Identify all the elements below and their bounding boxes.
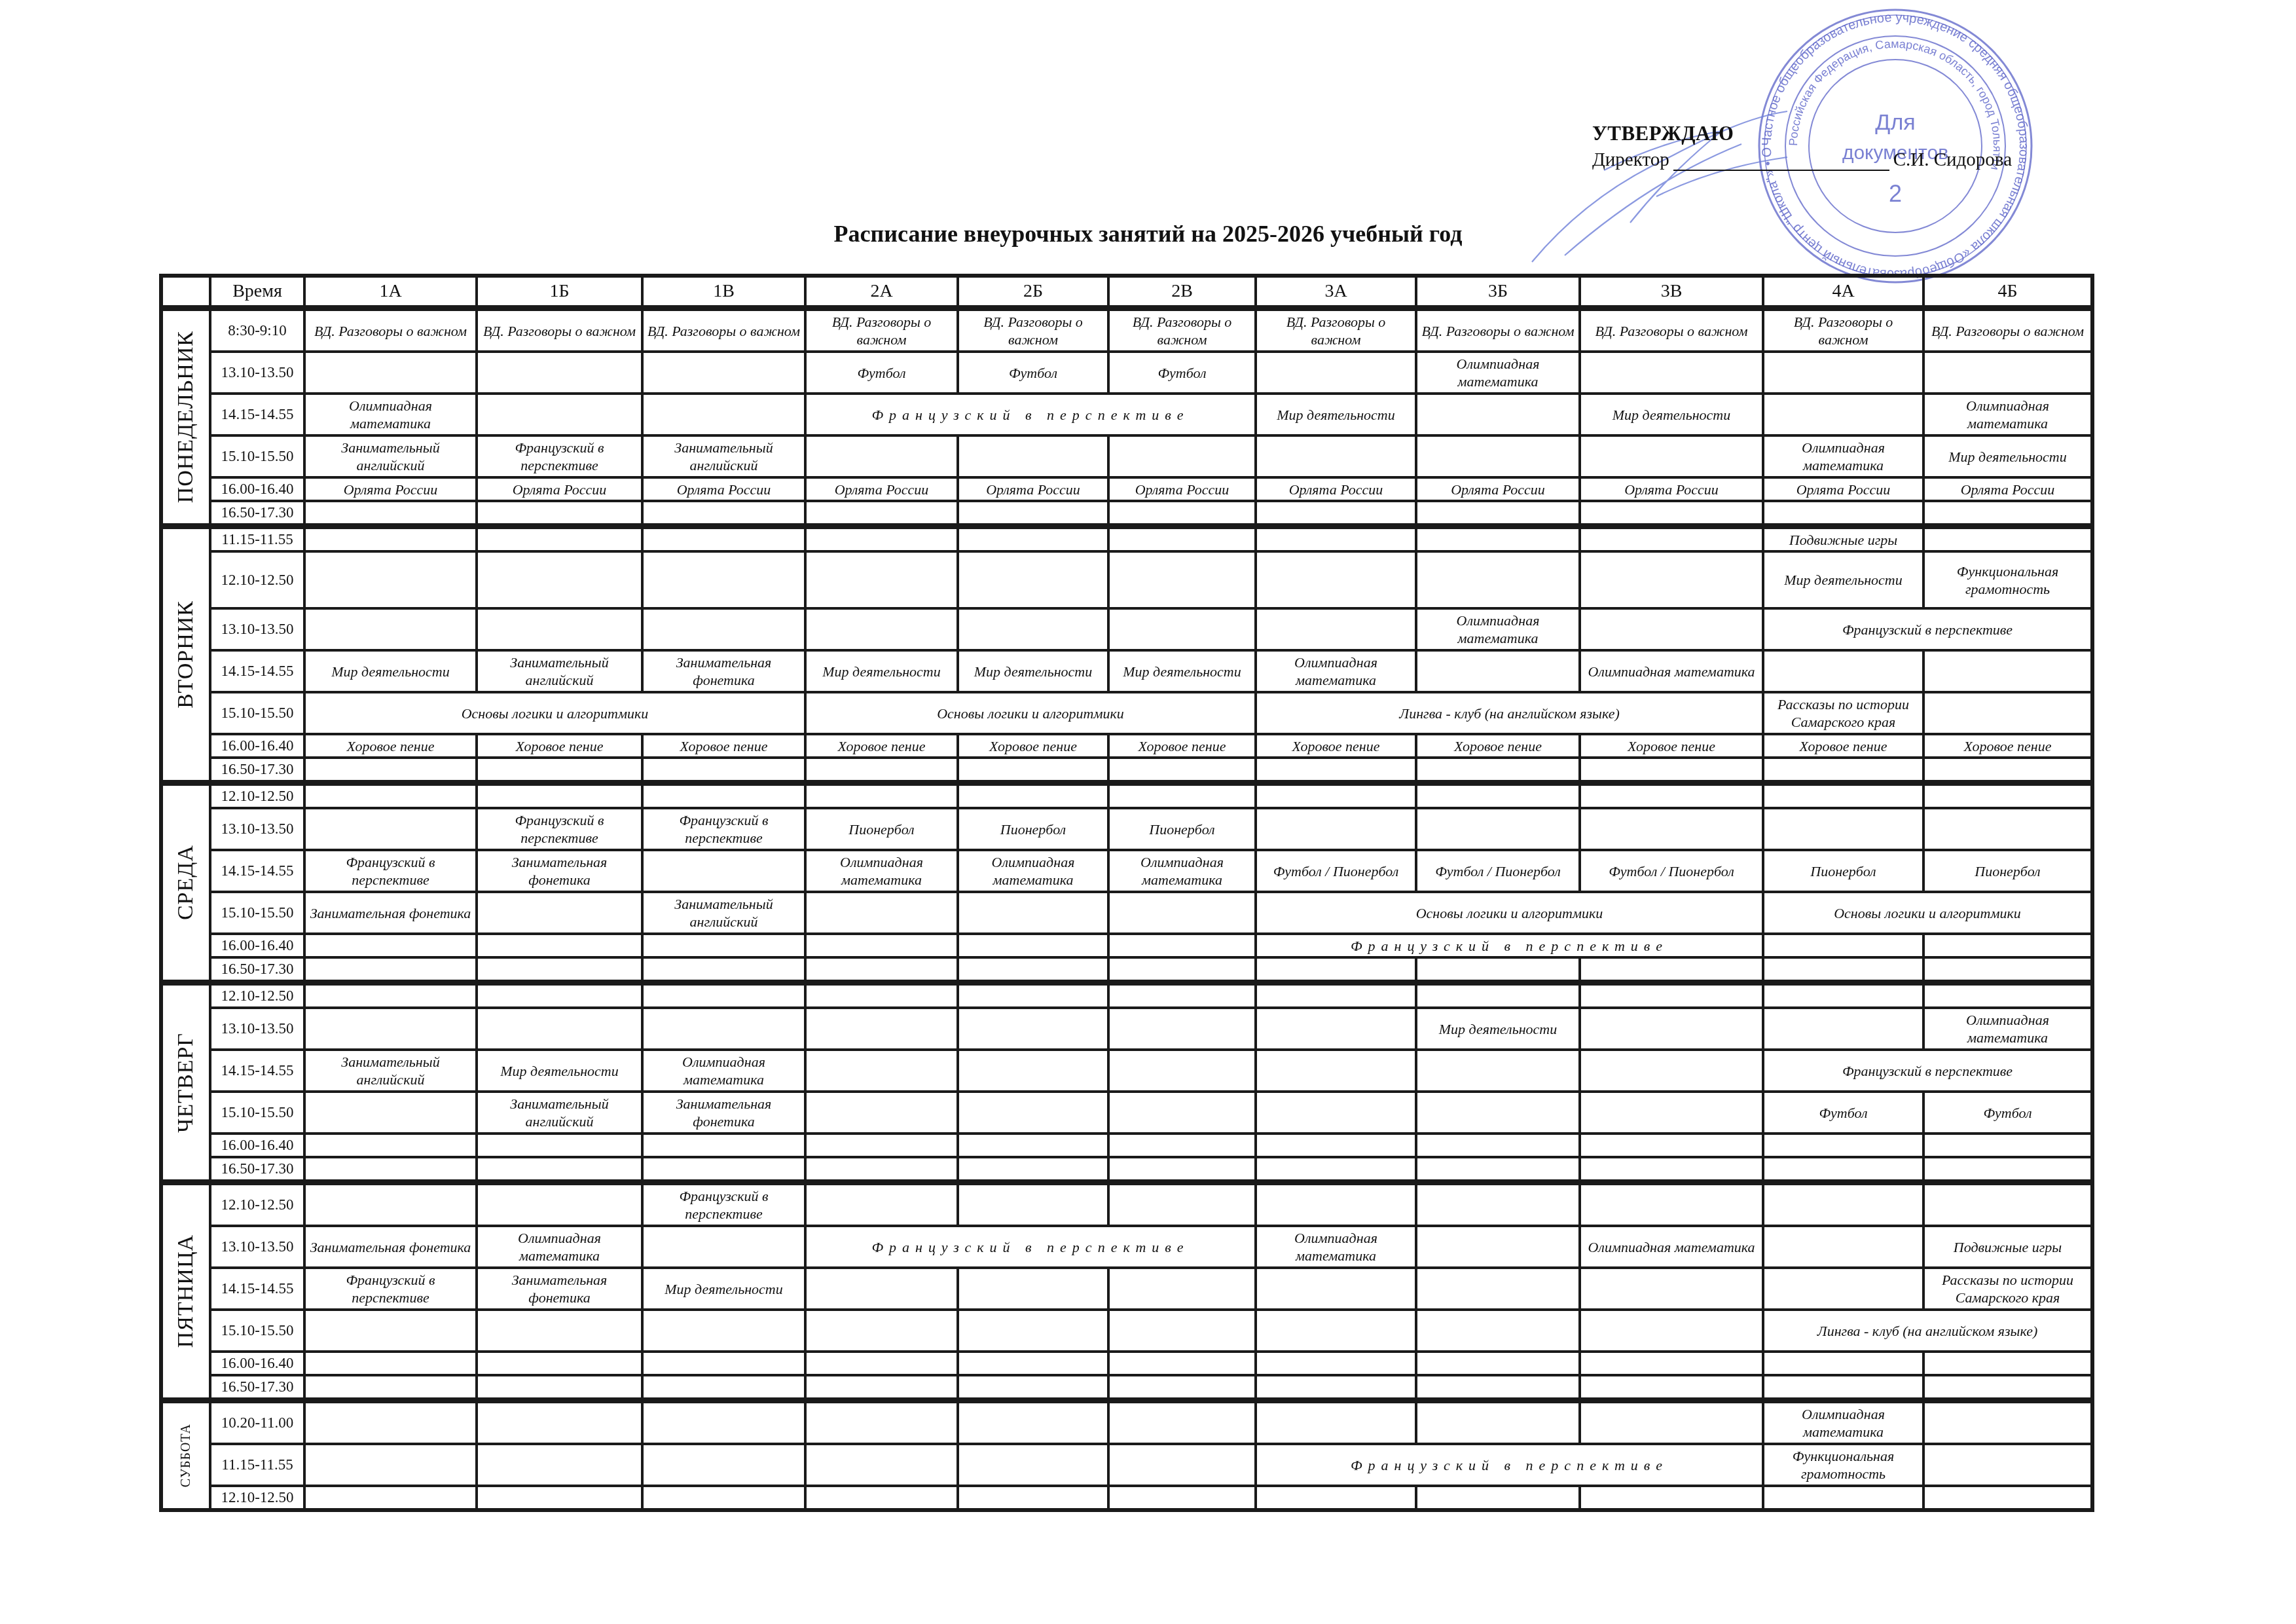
activity-cell: Подвижные игры xyxy=(1923,1226,2092,1268)
activity-cell: ВД. Разговоры о важном xyxy=(1416,308,1580,352)
empty-cell xyxy=(805,957,958,983)
empty-cell xyxy=(1256,1157,1416,1183)
schedule-row: 16.50-17.30 xyxy=(161,758,2092,783)
empty-cell xyxy=(1923,934,2092,957)
activity-cell: Мир деятельности xyxy=(958,650,1108,692)
activity-cell: Французский в перспективе xyxy=(805,1226,1256,1268)
empty-cell xyxy=(805,783,958,809)
time-slot: 8:30-9:10 xyxy=(210,308,304,352)
empty-cell xyxy=(805,1050,958,1092)
empty-cell xyxy=(477,934,642,957)
empty-cell xyxy=(958,1050,1108,1092)
activity-cell: Мир деятельности xyxy=(642,1268,805,1310)
empty-cell xyxy=(1580,501,1763,526)
empty-cell xyxy=(477,1486,642,1510)
empty-cell xyxy=(1923,1444,2092,1486)
empty-cell xyxy=(1923,692,2092,734)
empty-cell xyxy=(1416,1134,1580,1157)
activity-cell: Орлята России xyxy=(642,477,805,501)
empty-cell xyxy=(1763,1352,1923,1375)
empty-cell xyxy=(1256,435,1416,477)
time-slot: 13.10-13.50 xyxy=(210,352,304,394)
empty-cell xyxy=(477,1183,642,1227)
empty-cell xyxy=(1580,435,1763,477)
activity-cell: Пионербол xyxy=(1923,850,2092,892)
activity-cell: Орлята России xyxy=(1256,477,1416,501)
empty-cell xyxy=(1108,1008,1256,1050)
empty-cell xyxy=(477,758,642,783)
time-slot: 10.20-11.00 xyxy=(210,1401,304,1445)
activity-cell: Орлята России xyxy=(805,477,958,501)
day-name: ВТОРНИК xyxy=(173,600,198,709)
empty-cell xyxy=(642,983,805,1008)
activity-cell: Олимпиадная математика xyxy=(1923,394,2092,435)
empty-cell xyxy=(642,934,805,957)
activity-cell: Орлята России xyxy=(958,477,1108,501)
class-header: 2Б xyxy=(958,276,1108,308)
time-slot: 15.10-15.50 xyxy=(210,892,304,934)
time-slot: 16.50-17.30 xyxy=(210,501,304,526)
activity-cell: Занимательный английский xyxy=(304,435,477,477)
empty-cell xyxy=(477,1352,642,1375)
schedule-row: 16.50-17.30 xyxy=(161,1157,2092,1183)
empty-cell xyxy=(1580,352,1763,394)
empty-cell xyxy=(1580,783,1763,809)
empty-cell xyxy=(642,1157,805,1183)
empty-cell xyxy=(1256,1352,1416,1375)
empty-cell xyxy=(1256,808,1416,850)
empty-cell xyxy=(805,1375,958,1401)
class-header: 1А xyxy=(304,276,477,308)
empty-cell xyxy=(1763,1226,1923,1268)
schedule-row: 16.50-17.30 xyxy=(161,501,2092,526)
schedule-row: 12.10-12.50 xyxy=(161,1486,2092,1510)
activity-cell: Олимпиадная математика xyxy=(1763,435,1923,477)
empty-cell xyxy=(958,1401,1108,1445)
empty-cell xyxy=(477,501,642,526)
time-slot: 16.50-17.30 xyxy=(210,758,304,783)
class-header: 4А xyxy=(1763,276,1923,308)
empty-cell xyxy=(642,1352,805,1375)
schedule-row: 16.00-16.40Хоровое пениеХоровое пениеХор… xyxy=(161,734,2092,758)
empty-cell xyxy=(1416,1352,1580,1375)
empty-cell xyxy=(1108,758,1256,783)
activity-cell: Лингва - клуб (на английском языке) xyxy=(1763,1310,2092,1352)
schedule-row: 12.10-12.50Мир деятельностиФункциональна… xyxy=(161,551,2092,608)
empty-cell xyxy=(958,1310,1108,1352)
class-header: 3Б xyxy=(1416,276,1580,308)
empty-cell xyxy=(1256,1092,1416,1134)
activity-cell: Основы логики и алгоритмики xyxy=(304,692,805,734)
activity-cell: Мир деятельности xyxy=(1416,1008,1580,1050)
empty-cell xyxy=(304,526,477,552)
empty-cell xyxy=(1256,1183,1416,1227)
schedule-row: СУББОТА10.20-11.00Олимпиадная математика xyxy=(161,1401,2092,1445)
schedule-row: 13.10-13.50Олимпиадная математикаФранцуз… xyxy=(161,608,2092,650)
empty-cell xyxy=(642,783,805,809)
empty-cell xyxy=(805,758,958,783)
empty-cell xyxy=(642,1486,805,1510)
empty-cell xyxy=(1256,983,1416,1008)
activity-cell: Хоровое пение xyxy=(1256,734,1416,758)
empty-cell xyxy=(1763,394,1923,435)
empty-cell xyxy=(1923,650,2092,692)
class-header: 2А xyxy=(805,276,958,308)
activity-cell: Пионербол xyxy=(1108,808,1256,850)
schedule-row: 16.00-16.40Французский в перспективе xyxy=(161,934,2092,957)
empty-cell xyxy=(642,957,805,983)
approval-position: Директор xyxy=(1592,149,1669,170)
empty-cell xyxy=(1923,783,2092,809)
empty-cell xyxy=(1108,1375,1256,1401)
empty-cell xyxy=(642,526,805,552)
empty-cell xyxy=(1923,1134,2092,1157)
empty-cell xyxy=(805,608,958,650)
activity-cell: Французский в перспективе xyxy=(304,1268,477,1310)
empty-cell xyxy=(477,551,642,608)
empty-cell xyxy=(958,1352,1108,1375)
schedule-row: 15.10-15.50Основы логики и алгоритмикиОс… xyxy=(161,692,2092,734)
activity-cell: Мир деятельности xyxy=(1923,435,2092,477)
activity-cell: Основы логики и алгоритмики xyxy=(1763,892,2092,934)
activity-cell: Мир деятельности xyxy=(1580,394,1763,435)
day-label-cell: СУББОТА xyxy=(161,1401,210,1511)
day-name: СРЕДА xyxy=(173,845,198,920)
time-slot: 14.15-14.55 xyxy=(210,1050,304,1092)
empty-cell xyxy=(642,394,805,435)
empty-cell xyxy=(642,1310,805,1352)
approval-signature-line: ДиректорС.И. Сидорова xyxy=(1592,149,2012,171)
time-slot: 11.15-11.55 xyxy=(210,1444,304,1486)
activity-cell: Пионербол xyxy=(1763,850,1923,892)
approval-title: УТВЕРЖДАЮ xyxy=(1592,122,2012,145)
schedule-row: 15.10-15.50Занимательный английскийФранц… xyxy=(161,435,2092,477)
empty-cell xyxy=(642,850,805,892)
activity-cell: Олимпиадная математика xyxy=(958,850,1108,892)
activity-cell: Олимпиадная математика xyxy=(805,850,958,892)
empty-cell xyxy=(958,608,1108,650)
empty-cell xyxy=(1580,1375,1763,1401)
empty-cell xyxy=(1108,1310,1256,1352)
schedule-table: Время 1А1Б1В2А2Б2В3А3Б3В4А4Б ПОНЕДЕЛЬНИК… xyxy=(159,274,2094,1512)
empty-cell xyxy=(1580,983,1763,1008)
schedule-row: ПОНЕДЕЛЬНИК8:30-9:10ВД. Разговоры о важн… xyxy=(161,308,2092,352)
empty-cell xyxy=(477,1157,642,1183)
time-slot: 14.15-14.55 xyxy=(210,394,304,435)
empty-cell xyxy=(642,608,805,650)
time-slot: 14.15-14.55 xyxy=(210,650,304,692)
empty-cell xyxy=(958,1008,1108,1050)
empty-cell xyxy=(958,551,1108,608)
schedule-row: 16.00-16.40Орлята РоссииОрлята РоссииОрл… xyxy=(161,477,2092,501)
activity-cell: Орлята России xyxy=(1416,477,1580,501)
empty-cell xyxy=(642,1226,805,1268)
empty-cell xyxy=(1256,1310,1416,1352)
empty-cell xyxy=(958,526,1108,552)
approval-name: С.И. Сидорова xyxy=(1893,149,2012,170)
empty-cell xyxy=(1108,501,1256,526)
activity-cell: Футбол / Пионербол xyxy=(1256,850,1416,892)
empty-cell xyxy=(1416,1375,1580,1401)
empty-cell xyxy=(642,352,805,394)
empty-cell xyxy=(1580,808,1763,850)
activity-cell: Мир деятельности xyxy=(1763,551,1923,608)
empty-cell xyxy=(1416,1183,1580,1227)
empty-cell xyxy=(304,1157,477,1183)
empty-cell xyxy=(1763,934,1923,957)
activity-cell: Хоровое пение xyxy=(1416,734,1580,758)
empty-cell xyxy=(1763,1268,1923,1310)
empty-cell xyxy=(958,957,1108,983)
day-label-cell: СРЕДА xyxy=(161,783,210,983)
activity-cell: Занимательный английский xyxy=(642,892,805,934)
day-name: СУББОТА xyxy=(179,1424,194,1487)
schedule-row: 14.15-14.55Занимательный английскийМир д… xyxy=(161,1050,2092,1092)
time-slot: 16.50-17.30 xyxy=(210,957,304,983)
empty-cell xyxy=(1256,1134,1416,1157)
activity-cell: Олимпиадная математика xyxy=(1923,1008,2092,1050)
empty-cell xyxy=(1416,1092,1580,1134)
time-slot: 16.00-16.40 xyxy=(210,1134,304,1157)
activity-cell: Олимпиадная математика xyxy=(1580,1226,1763,1268)
empty-cell xyxy=(1763,758,1923,783)
empty-cell xyxy=(1580,1157,1763,1183)
activity-cell: Занимательная фонетика xyxy=(642,1092,805,1134)
empty-cell xyxy=(1580,758,1763,783)
day-name: ЧЕТВЕРГ xyxy=(173,1033,198,1133)
empty-cell xyxy=(1923,1183,2092,1227)
time-slot: 16.00-16.40 xyxy=(210,477,304,501)
empty-cell xyxy=(1256,352,1416,394)
empty-cell xyxy=(1580,1268,1763,1310)
empty-cell xyxy=(958,1375,1108,1401)
empty-cell xyxy=(477,1444,642,1486)
activity-cell: Занимательная фонетика xyxy=(477,850,642,892)
activity-cell: Хоровое пение xyxy=(304,734,477,758)
schedule-row: ВТОРНИК11.15-11.55Подвижные игры xyxy=(161,526,2092,552)
empty-cell xyxy=(958,783,1108,809)
empty-cell xyxy=(1416,501,1580,526)
activity-cell: Занимательный английский xyxy=(477,1092,642,1134)
empty-cell xyxy=(304,608,477,650)
empty-cell xyxy=(1108,435,1256,477)
schedule-row: 13.10-13.50Французский в перспективеФран… xyxy=(161,808,2092,850)
activity-cell: ВД. Разговоры о важном xyxy=(1256,308,1416,352)
activity-cell: Олимпиадная математика xyxy=(1416,352,1580,394)
empty-cell xyxy=(642,1008,805,1050)
empty-cell xyxy=(304,1486,477,1510)
empty-cell xyxy=(1416,808,1580,850)
time-slot: 12.10-12.50 xyxy=(210,1486,304,1510)
time-slot: 16.50-17.30 xyxy=(210,1375,304,1401)
activity-cell: ВД. Разговоры о важном xyxy=(1580,308,1763,352)
empty-cell xyxy=(1923,352,2092,394)
day-label-cell: ВТОРНИК xyxy=(161,526,210,783)
empty-cell xyxy=(1763,957,1923,983)
activity-cell: Футбол xyxy=(958,352,1108,394)
empty-cell xyxy=(642,551,805,608)
empty-cell xyxy=(1763,352,1923,394)
empty-cell xyxy=(1256,608,1416,650)
empty-cell xyxy=(1108,934,1256,957)
empty-cell xyxy=(1580,1092,1763,1134)
empty-cell xyxy=(1256,1401,1416,1445)
activity-cell: Французский в перспективе xyxy=(1256,934,1763,957)
schedule-row: СРЕДА12.10-12.50 xyxy=(161,783,2092,809)
time-slot: 16.50-17.30 xyxy=(210,1157,304,1183)
activity-cell: Французский в перспективе xyxy=(304,850,477,892)
empty-cell xyxy=(958,501,1108,526)
class-header: 2В xyxy=(1108,276,1256,308)
time-slot: 14.15-14.55 xyxy=(210,850,304,892)
empty-cell xyxy=(477,352,642,394)
empty-cell xyxy=(477,1008,642,1050)
empty-cell xyxy=(1763,1134,1923,1157)
empty-cell xyxy=(1416,435,1580,477)
activity-cell: Занимательный английский xyxy=(477,650,642,692)
activity-cell: Занимательная фонетика xyxy=(304,1226,477,1268)
activity-cell: ВД. Разговоры о важном xyxy=(1923,308,2092,352)
empty-cell xyxy=(958,1183,1108,1227)
activity-cell: Олимпиадная математика xyxy=(1763,1401,1923,1445)
class-header: 1Б xyxy=(477,276,642,308)
activity-cell: Футбол xyxy=(1108,352,1256,394)
time-slot: 12.10-12.50 xyxy=(210,983,304,1008)
empty-cell xyxy=(1580,526,1763,552)
activity-cell: Занимательный английский xyxy=(304,1050,477,1092)
empty-cell xyxy=(1416,1486,1580,1510)
schedule-row: 15.10-15.50Занимательная фонетикаЗанимат… xyxy=(161,892,2092,934)
empty-cell xyxy=(304,1401,477,1445)
activity-cell: Мир деятельности xyxy=(477,1050,642,1092)
empty-cell xyxy=(1923,983,2092,1008)
empty-cell xyxy=(1108,1486,1256,1510)
activity-cell: Хоровое пение xyxy=(1763,734,1923,758)
activity-cell: Французский в перспективе xyxy=(1763,608,2092,650)
empty-cell xyxy=(1763,808,1923,850)
empty-cell xyxy=(805,1134,958,1157)
activity-cell: Мир деятельности xyxy=(805,650,958,692)
activity-cell: Орлята России xyxy=(304,477,477,501)
activity-cell: Хоровое пение xyxy=(1923,734,2092,758)
time-slot: 12.10-12.50 xyxy=(210,551,304,608)
activity-cell: Олимпиадная математика xyxy=(1108,850,1256,892)
activity-cell: Занимательная фонетика xyxy=(304,892,477,934)
empty-cell xyxy=(477,394,642,435)
time-slot: 16.00-16.40 xyxy=(210,1352,304,1375)
activity-cell: Олимпиадная математика xyxy=(1416,608,1580,650)
activity-cell: Французский в перспективе xyxy=(477,808,642,850)
time-slot: 13.10-13.50 xyxy=(210,808,304,850)
empty-cell xyxy=(805,934,958,957)
empty-cell xyxy=(958,1134,1108,1157)
empty-cell xyxy=(958,1444,1108,1486)
activity-cell: ВД. Разговоры о важном xyxy=(1763,308,1923,352)
activity-cell: Французский в перспективе xyxy=(805,394,1256,435)
empty-cell xyxy=(1923,808,2092,850)
empty-cell xyxy=(805,1310,958,1352)
empty-cell xyxy=(1923,1352,2092,1375)
day-label-cell: ПОНЕДЕЛЬНИК xyxy=(161,308,210,526)
day-name: ПОНЕДЕЛЬНИК xyxy=(173,331,198,503)
activity-cell: Орлята России xyxy=(477,477,642,501)
empty-cell xyxy=(1108,892,1256,934)
empty-cell xyxy=(477,1310,642,1352)
empty-cell xyxy=(1416,394,1580,435)
empty-cell xyxy=(1108,1050,1256,1092)
empty-cell xyxy=(1256,758,1416,783)
empty-cell xyxy=(1256,501,1416,526)
class-header: 4Б xyxy=(1923,276,2092,308)
empty-cell xyxy=(958,934,1108,957)
activity-cell: Орлята России xyxy=(1580,477,1763,501)
schedule-row: 14.15-14.55Французский в перспективеЗани… xyxy=(161,1268,2092,1310)
time-header: Время xyxy=(210,276,304,308)
empty-cell xyxy=(1256,551,1416,608)
activity-cell: Подвижные игры xyxy=(1763,526,1923,552)
activity-cell: Функциональная грамотность xyxy=(1763,1444,1923,1486)
activity-cell: Хоровое пение xyxy=(958,734,1108,758)
empty-cell xyxy=(958,1268,1108,1310)
activity-cell: Олимпиадная математика xyxy=(477,1226,642,1268)
time-slot: 15.10-15.50 xyxy=(210,1310,304,1352)
activity-cell: Занимательный английский xyxy=(642,435,805,477)
empty-cell xyxy=(1108,983,1256,1008)
activity-cell: Футбол xyxy=(1763,1092,1923,1134)
empty-cell xyxy=(1416,1401,1580,1445)
time-slot: 13.10-13.50 xyxy=(210,1008,304,1050)
empty-cell xyxy=(805,1486,958,1510)
empty-cell xyxy=(1763,1008,1923,1050)
empty-cell xyxy=(1416,1157,1580,1183)
empty-cell xyxy=(1763,1486,1923,1510)
schedule-row: 16.50-17.30 xyxy=(161,1375,2092,1401)
activity-cell: Французский в перспективе xyxy=(1763,1050,2092,1092)
empty-cell xyxy=(958,435,1108,477)
empty-cell xyxy=(1763,1157,1923,1183)
activity-cell: Французский в перспективе xyxy=(642,808,805,850)
time-slot: 15.10-15.50 xyxy=(210,692,304,734)
empty-cell xyxy=(1763,650,1923,692)
activity-cell: Рассказы по истории Самарского края xyxy=(1763,692,1923,734)
empty-cell xyxy=(1416,957,1580,983)
empty-cell xyxy=(304,957,477,983)
activity-cell: Олимпиадная математика xyxy=(1256,650,1416,692)
empty-cell xyxy=(304,1352,477,1375)
schedule-row: 14.15-14.55Мир деятельностиЗанимательный… xyxy=(161,650,2092,692)
schedule-row: 15.10-15.50Занимательный английскийЗаним… xyxy=(161,1092,2092,1134)
activity-cell: ВД. Разговоры о важном xyxy=(642,308,805,352)
empty-cell xyxy=(1108,608,1256,650)
empty-cell xyxy=(1580,957,1763,983)
activity-cell: Функциональная грамотность xyxy=(1923,551,2092,608)
empty-cell xyxy=(1763,783,1923,809)
schedule-row: 14.15-14.55Французский в перспективеЗани… xyxy=(161,850,2092,892)
empty-cell xyxy=(1416,1310,1580,1352)
empty-cell xyxy=(805,1352,958,1375)
activity-cell: Французский в перспективе xyxy=(642,1183,805,1227)
empty-cell xyxy=(477,1375,642,1401)
activity-cell: Мир деятельности xyxy=(1256,394,1416,435)
empty-cell xyxy=(1580,1183,1763,1227)
activity-cell: Олимпиадная математика xyxy=(642,1050,805,1092)
schedule-row: 15.10-15.50Лингва - клуб (на английском … xyxy=(161,1310,2092,1352)
activity-cell: Хоровое пение xyxy=(477,734,642,758)
empty-cell xyxy=(1580,1134,1763,1157)
empty-cell xyxy=(304,352,477,394)
empty-cell xyxy=(1923,957,2092,983)
empty-cell xyxy=(477,957,642,983)
